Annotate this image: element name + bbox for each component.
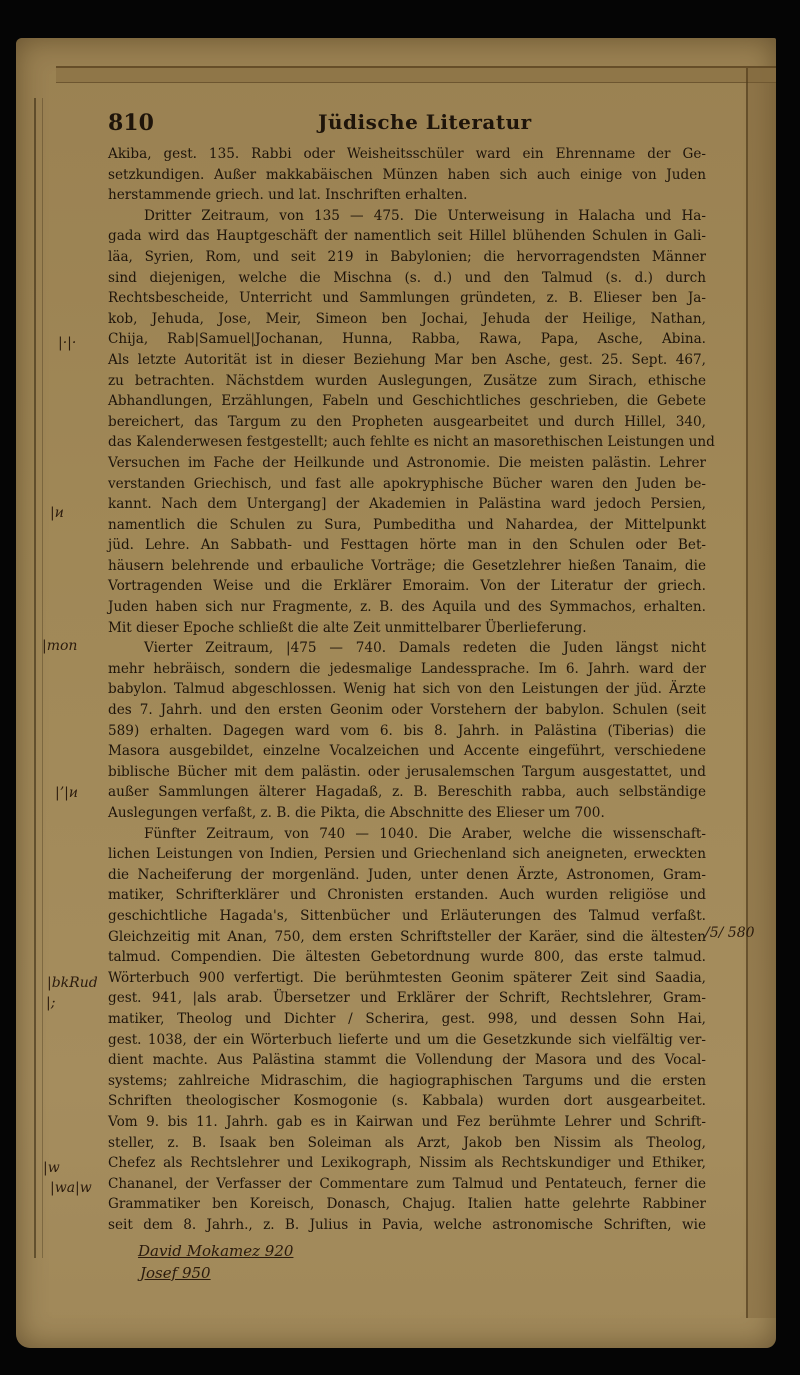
text-line: Juden haben sich nur Fragmente, z. B. de… xyxy=(108,597,706,618)
text-line: Vortragenden Weise und die Erklärer Emor… xyxy=(108,576,706,597)
text-line: babylon. Talmud abgeschlossen. Wenig hat… xyxy=(108,679,706,700)
text-line: Chefez als Rechtslehrer und Lexikograph,… xyxy=(108,1153,706,1174)
page-left-edge xyxy=(34,98,43,1258)
text-line: häusern belehrende und erbauliche Vorträ… xyxy=(108,556,706,577)
text-line: Masora ausgebildet, einzelne Vocalzeiche… xyxy=(108,741,706,762)
text-line: bereichert, das Targum zu den Propheten … xyxy=(108,412,706,433)
text-line: die Nacheiferung der morgenländ. Juden, … xyxy=(108,865,706,886)
text-line: Vierter Zeitraum, |475 — 740. Damals red… xyxy=(108,638,706,659)
text-line: seit dem 8. Jahrh., z. B. Julius in Pavi… xyxy=(108,1215,706,1236)
text-line: Dritter Zeitraum, von 135 — 475. Die Unt… xyxy=(108,206,706,227)
text-line: Akiba, gest. 135. Rabbi oder Weisheitssc… xyxy=(108,144,706,165)
text-line: steller, z. B. Isaak ben Soleiman als Ar… xyxy=(108,1133,706,1154)
text-line: Mit dieser Epoche schließt die alte Zeit… xyxy=(108,618,706,639)
text-line: Chananel, der Verfasser der Commentare z… xyxy=(108,1174,706,1195)
text-line: Rechtsbescheide, Unterricht und Sammlung… xyxy=(108,288,706,309)
text-line: Chija, Rab|Samuel|Jochanan, Hunna, Rabba… xyxy=(108,329,706,350)
text-line: 589) erhalten. Dagegen ward vom 6. bis 8… xyxy=(108,721,706,742)
text-line: Schriften theologischer Kosmogonie (s. K… xyxy=(108,1091,706,1112)
body-text: Akiba, gest. 135. Rabbi oder Weisheitssc… xyxy=(108,144,706,1235)
text-block: 810 Jüdische Literatur Akiba, gest. 135.… xyxy=(108,110,706,1235)
text-line: gada wird das Hauptgeschäft der namentli… xyxy=(108,226,706,247)
text-line: mehr hebräisch, sondern die jedesmalige … xyxy=(108,659,706,680)
handwritten-bottom-note: Josef 950 xyxy=(140,1264,211,1282)
text-line: läa, Syrien, Rom, und seit 219 in Babylo… xyxy=(108,247,706,268)
text-line: Gleichzeitig mit Anan, 750, dem ersten S… xyxy=(108,927,706,948)
text-line: gest. 1038, der ein Wörterbuch lieferte … xyxy=(108,1030,706,1051)
text-line: Als letzte Autorität ist in dieser Bezie… xyxy=(108,350,706,371)
running-title: Jüdische Literatur xyxy=(318,110,532,134)
text-line: talmud. Compendien. Die ältesten Gebetor… xyxy=(108,947,706,968)
text-line: Versuchen im Fache der Heilkunde und Ast… xyxy=(108,453,706,474)
text-line: Abhandlungen, Erzählungen, Fabeln und Ge… xyxy=(108,391,706,412)
text-line: geschichtliche Hagada's, Sittenbücher un… xyxy=(108,906,706,927)
handwritten-margin-note: |ͷ xyxy=(50,505,64,521)
text-line: matiker, Theolog und Dichter / Scherira,… xyxy=(108,1009,706,1030)
text-line: biblische Bücher mit dem palästin. oder … xyxy=(108,762,706,783)
handwritten-margin-note: |w xyxy=(43,1160,60,1176)
handwritten-margin-note: |·|· xyxy=(58,335,76,351)
text-line: Grammatiker ben Koreisch, Donasch, Chaju… xyxy=(108,1194,706,1215)
text-line: dient machte. Aus Palästina stammt die V… xyxy=(108,1050,706,1071)
text-line: kannt. Nach dem Untergang] der Akademien… xyxy=(108,494,706,515)
handwritten-bottom-note: David Mokamez 920 xyxy=(138,1242,293,1260)
text-line: gest. 941, |als arab. Übersetzer und Erk… xyxy=(108,988,706,1009)
text-line: verstanden Griechisch, und fast alle apo… xyxy=(108,474,706,495)
text-line: des 7. Jahrh. und den ersten Geonim oder… xyxy=(108,700,706,721)
page-right-edge xyxy=(746,68,776,1318)
text-line: Vom 9. bis 11. Jahrh. gab es in Kairwan … xyxy=(108,1112,706,1133)
page-number: 810 xyxy=(108,110,154,136)
text-line: systems; zahlreiche Midraschim, die hagi… xyxy=(108,1071,706,1092)
text-line: setzkundigen. Außer makkabäischen Münzen… xyxy=(108,165,706,186)
text-line: Auslegungen verfaßt, z. B. die Pikta, di… xyxy=(108,803,706,824)
text-line: kob, Jehuda, Jose, Meir, Simeon ben Joch… xyxy=(108,309,706,330)
text-line: außer Sammlungen älterer Hagadaß, z. B. … xyxy=(108,782,706,803)
handwritten-margin-note: |bkRud xyxy=(47,975,98,991)
text-line: herstammende griech. und lat. Inschrifte… xyxy=(108,185,706,206)
handwritten-margin-note: |; xyxy=(46,995,55,1011)
handwritten-margin-note: |’|ͷ xyxy=(55,785,78,801)
text-line: zu betrachten. Nächstdem wurden Auslegun… xyxy=(108,371,706,392)
text-line: matiker, Schrifterklärer und Chronisten … xyxy=(108,885,706,906)
page-header: 810 Jüdische Literatur xyxy=(108,110,706,144)
text-line: namentlich die Schulen zu Sura, Pumbedit… xyxy=(108,515,706,536)
handwritten-margin-note: |wa|w xyxy=(50,1180,92,1196)
handwritten-margin-note: /5/ 580 xyxy=(705,925,755,941)
text-line: lichen Leistungen von Indien, Persien un… xyxy=(108,844,706,865)
text-line: sind diejenigen, welche die Mischna (s. … xyxy=(108,268,706,289)
text-line: jüd. Lehre. An Sabbath- und Festtagen hö… xyxy=(108,535,706,556)
text-line: das Kalenderwesen festgestellt; auch feh… xyxy=(108,432,706,453)
text-line: Wörterbuch 900 verfertigt. Die berühmtes… xyxy=(108,968,706,989)
handwritten-margin-note: |mon xyxy=(42,638,77,654)
text-line: Fünfter Zeitraum, von 740 — 1040. Die Ar… xyxy=(108,824,706,845)
page-top-edge xyxy=(56,66,776,83)
